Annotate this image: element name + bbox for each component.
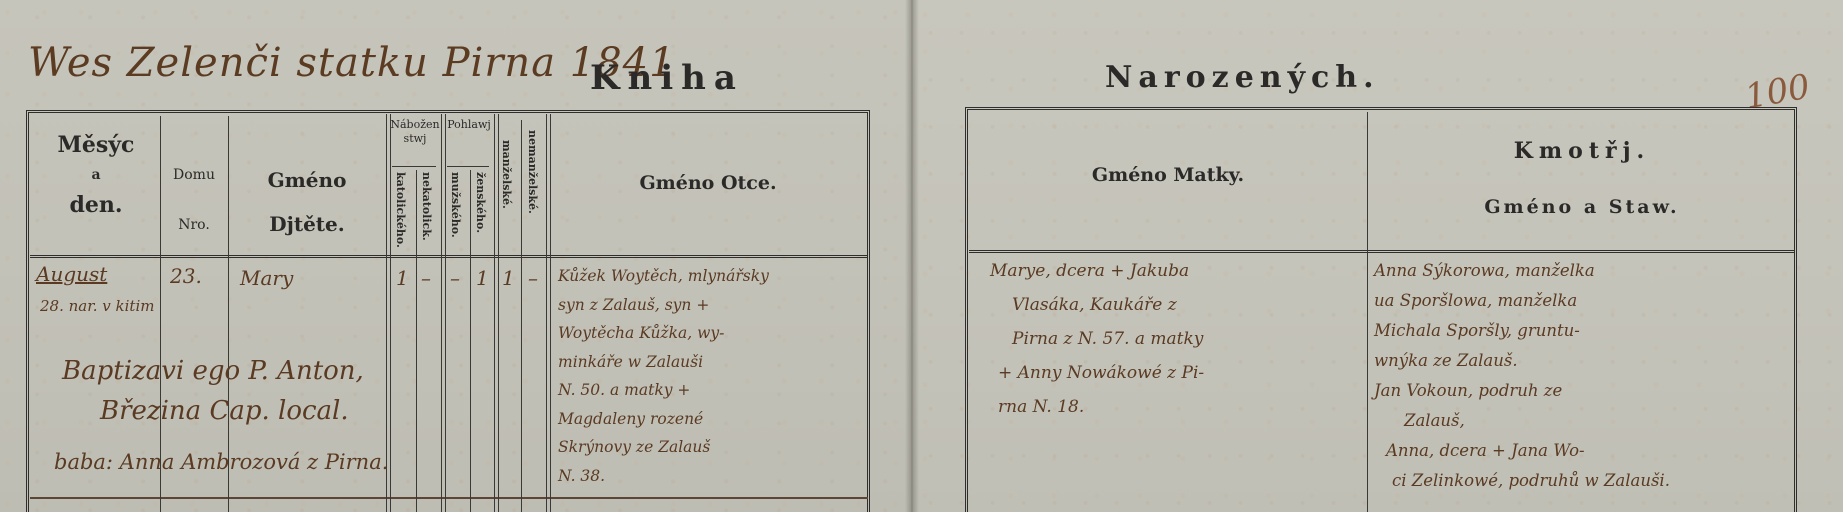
header-nekatolick: nekatolick. [420, 172, 433, 252]
col-divider [1367, 112, 1368, 512]
entry-godparents: Anna Sýkorowa, manželka ua Sporšlowa, ma… [1374, 256, 1670, 496]
header-divider [30, 255, 868, 258]
entry-baptism-note-2: Březina Cap. local. [100, 396, 349, 426]
header-child-name: Gméno Djtěte. [230, 158, 384, 246]
entry-house-no: 23. [170, 264, 202, 288]
entry-child-name: Mary [240, 266, 293, 290]
header-text: a [34, 160, 158, 190]
godparent-line: ua Sporšlowa, manželka [1374, 286, 1670, 316]
col-divider [470, 170, 471, 512]
father-line: N. 50. a matky + [558, 376, 769, 405]
header-nemanzelske: nemanželské. [526, 130, 539, 240]
header-house-no: Domu Nro. [162, 150, 226, 250]
book-gutter [905, 0, 919, 512]
sex-subrule [447, 166, 489, 167]
godparent-line: Anna, dcera + Jana Wo- [1374, 436, 1670, 466]
handwritten-heading: Wes Zelenči statku Pirna 1841 [28, 40, 676, 86]
entry-baptism-note-1: Baptizavi ego P. Anton, [62, 356, 364, 386]
header-mother-name: Gméno Matky. [972, 164, 1364, 186]
col-divider [416, 170, 417, 512]
godparent-line: ci Zelinkowé, podruhů w Zalauši. [1374, 466, 1670, 496]
entry-nekatolick: – [421, 266, 431, 290]
godparent-line: Anna Sýkorowa, manželka [1374, 256, 1670, 286]
header-religion: Náboženstwj [390, 118, 440, 146]
entry-nemanzelske: – [528, 266, 538, 290]
header-katolickeho: katolického. [394, 172, 407, 252]
mother-line: Pirna z N. 57. a matky [990, 322, 1204, 356]
left-page: Wes Zelenči statku Pirna 1841 Kniha Měsý… [0, 0, 912, 512]
entry-day-note: 28. nar. v kitim [40, 296, 158, 316]
entry-midwife-note: baba: Anna Ambrozová z Pirna. [54, 450, 388, 474]
col-divider [441, 114, 446, 512]
father-line: Woytěcha Kůžka, wy- [558, 319, 769, 348]
entry-divider [30, 497, 868, 499]
father-line: syn z Zalauš, syn + [558, 291, 769, 320]
father-line: Kůžek Woytěch, mlynářsky [558, 262, 769, 291]
header-text: den. [34, 190, 158, 220]
godparent-line: Jan Vokoun, podruh ze [1374, 376, 1670, 406]
header-divider [969, 250, 1795, 253]
header-father-name: Gméno Otce. [550, 172, 866, 194]
mother-line: Marye, dcera + Jakuba [990, 254, 1204, 288]
father-line: N. 38. [558, 462, 769, 491]
printed-title-narozenych: Narozených. [1105, 60, 1380, 95]
header-text: Djtěte. [230, 202, 384, 246]
entry-month: August [36, 262, 107, 286]
col-divider [521, 120, 522, 512]
header-zenskeho: ženského. [474, 172, 487, 252]
godparent-line: Zalauš, [1374, 406, 1670, 436]
religion-subrule [392, 166, 436, 167]
header-text: Měsýc [34, 130, 158, 160]
mother-line: + Anny Nowákowé z Pi- [990, 356, 1204, 390]
header-godparents-sub: Gméno a Staw. [1370, 196, 1794, 218]
godparent-line: Michala Sporšly, gruntu- [1374, 316, 1670, 346]
header-muzskeho: mužského. [449, 172, 462, 252]
entry-mother-name: Marye, dcera + Jakuba Vlasáka, Kaukáře z… [990, 254, 1204, 424]
col-divider [494, 114, 499, 512]
entry-katolickeho: 1 [396, 266, 409, 290]
entry-manzelske: 1 [502, 266, 515, 290]
printed-title-kniha: Kniha [590, 58, 744, 98]
father-line: Magdaleny rozené [558, 405, 769, 434]
father-line: Skrýnovy ze Zalauš [558, 433, 769, 462]
mother-line: Vlasáka, Kaukáře z [990, 288, 1204, 322]
entry-muzskeho: – [450, 266, 460, 290]
father-line: minkáře w Zalauši [558, 348, 769, 377]
entry-zenskeho: 1 [476, 266, 489, 290]
mother-line: rna N. 18. [990, 390, 1204, 424]
header-month-day: Měsýc a den. [34, 130, 158, 220]
header-manzelske: manželské. [500, 140, 513, 240]
header-text: Domu [162, 150, 226, 200]
entry-father-name: Kůžek Woytěch, mlynářsky syn z Zalauš, s… [558, 262, 769, 490]
header-godparents: Kmotřj. [1370, 138, 1794, 164]
header-text: Nro. [162, 200, 226, 250]
godparent-line: wnýka ze Zalauš. [1374, 346, 1670, 376]
header-sex: Pohlawj [445, 118, 493, 132]
header-text: Gméno [230, 158, 384, 202]
